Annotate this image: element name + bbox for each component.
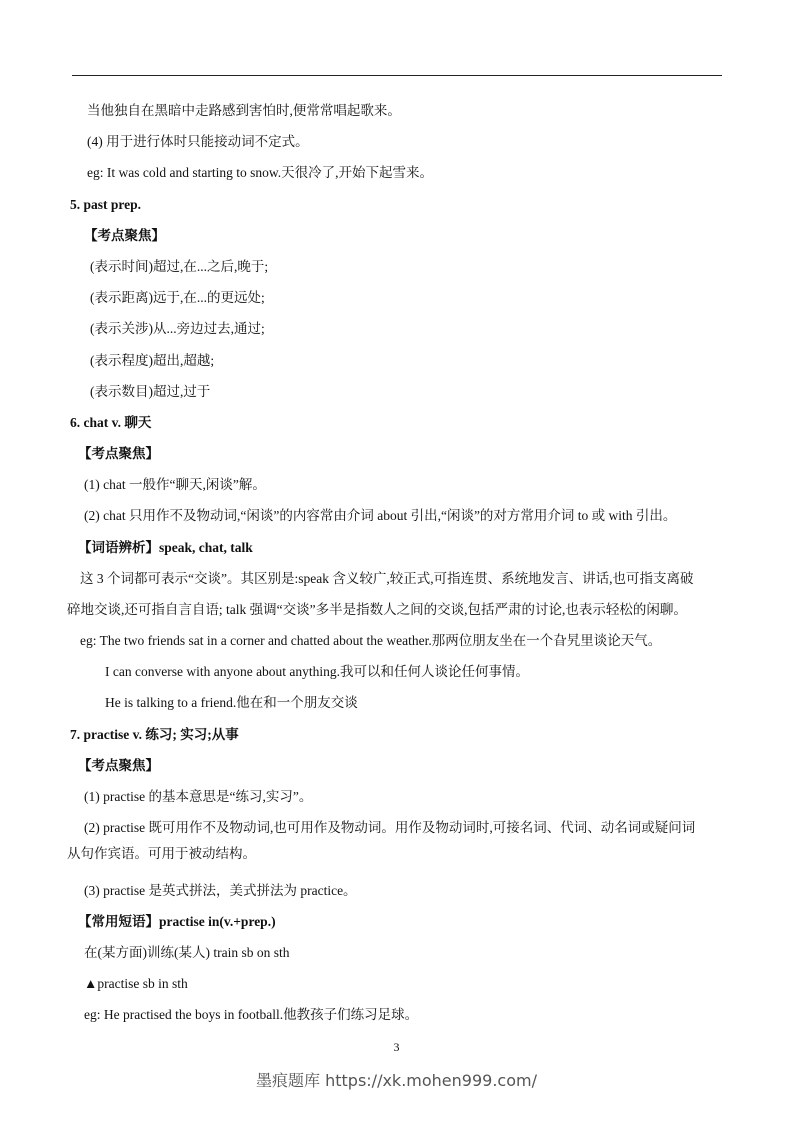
section-heading: 5. past prep.: [70, 196, 141, 214]
section-heading: 6. chat v. 聊天: [70, 414, 151, 432]
text-line: (表示时间)超过,在...之后,晚于;: [90, 258, 268, 276]
text-line: 当他独自在黑暗中走路感到害怕时,便常常唱起歌来。: [87, 102, 401, 120]
text-line: (表示距离)远于,在...的更远处;: [90, 289, 265, 307]
text-line: 从句作宾语。可用于被动结构。: [67, 845, 256, 863]
text-line: He is talking to a friend.他在和一个朋友交谈: [105, 694, 358, 712]
text-line: 在(某方面)训练(某人) train sb on sth: [84, 944, 289, 962]
text-line: eg: It was cold and starting to snow.天很冷…: [87, 164, 433, 182]
section-heading: 【常用短语】practise in(v.+prep.): [78, 913, 276, 931]
section-heading: 7. practise v. 练习; 实习;从事: [70, 726, 239, 744]
text-line: (2) chat 只用作不及物动词,“闲谈”的内容常由介词 about 引出,“…: [84, 507, 676, 525]
text-line: (3) practise 是英式拼法，美式拼法为 practice。: [84, 882, 357, 900]
text-line: (2) practise 既可用作不及物动词,也可用作及物动词。用作及物动词时,…: [84, 819, 695, 837]
text-line: (表示程度)超出,超越;: [90, 352, 214, 370]
text-line: (表示关涉)从...旁边过去,通过;: [90, 320, 265, 338]
section-heading: 【考点聚焦】: [78, 757, 159, 775]
text-line: (表示数目)超过,过于: [90, 383, 210, 401]
text-line: eg: The two friends sat in a corner and …: [80, 632, 661, 650]
section-heading: 【考点聚焦】: [84, 227, 165, 245]
watermark-link[interactable]: 墨痕题库 https://xk.mohen999.com/: [0, 1068, 793, 1091]
text-line: 这 3 个词都可表示“交谈”。其区别是:speak 含义较广,较正式,可指连贯、…: [80, 570, 693, 588]
section-heading: 【词语辨析】speak, chat, talk: [78, 539, 253, 557]
text-line: 碎地交谈,还可指自言自语; talk 强调“交谈”多半是指数人之间的交谈,包括严…: [67, 601, 687, 619]
section-heading: 【考点聚焦】: [78, 445, 159, 463]
page-number: 3: [0, 1040, 793, 1055]
text-line: (1) practise 的基本意思是“练习,实习”。: [84, 788, 312, 806]
text-line: (4) 用于进行体时只能接动词不定式。: [87, 133, 309, 151]
header-rule: [72, 75, 722, 76]
text-line: (1) chat 一般作“聊天,闲谈”解。: [84, 476, 266, 494]
text-line: I can converse with anyone about anythin…: [105, 663, 529, 681]
text-line: eg: He practised the boys in football.他教…: [84, 1006, 418, 1024]
text-line: ▲practise sb in sth: [84, 975, 188, 993]
